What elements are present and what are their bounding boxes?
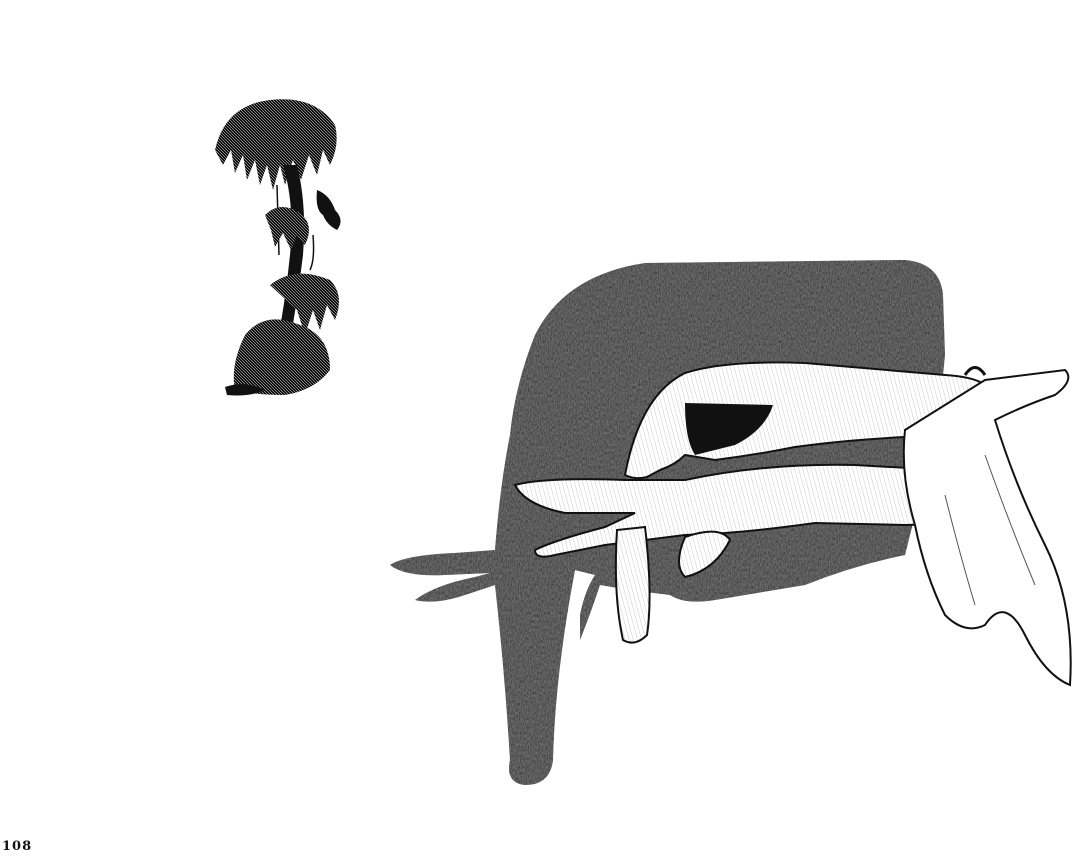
palm-tree-icon [205,95,355,405]
book-page: 108 [0,0,1075,857]
page-number: 108 [2,840,32,853]
palm-tree-vignette [205,95,355,405]
sleeve-cuff [904,370,1071,685]
hand-shadow-illustration [385,255,1075,790]
hand-shadow-elephant-illustration [385,255,1075,790]
